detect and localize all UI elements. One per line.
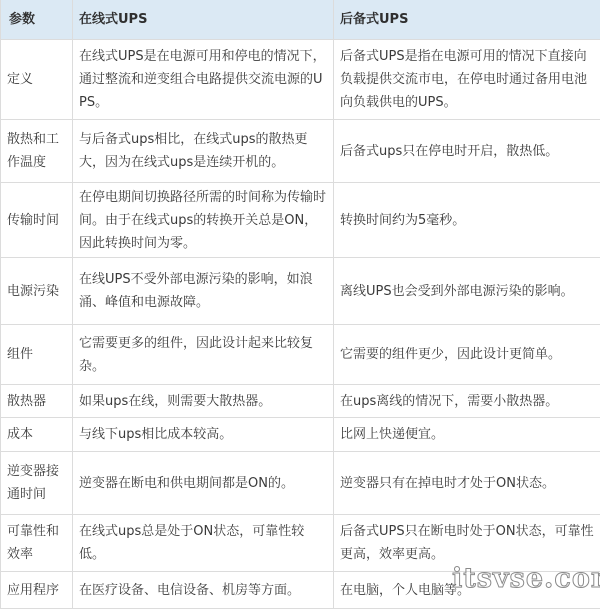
table-row: 成本 与线下ups相比成本较高。 比网上快递便宜。: [1, 418, 600, 452]
row-online-cell: 与后备式ups相比，在线式ups的散热更大，因为在线式ups是连续开机的。: [73, 120, 334, 183]
row-param: 逆变器接通时间: [1, 452, 73, 515]
table-row: 传输时间 在停电期间切换路径所需的时间称为传输时间。由于在线式ups的转换开关总…: [1, 183, 600, 258]
row-offline-cell: 比网上快递便宜。: [334, 418, 600, 452]
row-online-cell: 如果ups在线，则需要大散热器。: [73, 385, 334, 418]
row-online-cell: 在线式ups总是处于ON状态，可靠性较低。: [73, 515, 334, 572]
table-row: 可靠性和效率 在线式ups总是处于ON状态，可靠性较低。 后备式UPS只在断电时…: [1, 515, 600, 572]
ups-comparison-table: 参数 在线式UPS 后备式UPS 定义 在线式UPS是在电源可用和停电的情况下，…: [0, 0, 600, 609]
table-row: 逆变器接通时间 逆变器在断电和供电期间都是ON的。 逆变器只有在掉电时才处于ON…: [1, 452, 600, 515]
header-param: 参数: [1, 0, 73, 40]
row-online-cell: 与线下ups相比成本较高。: [73, 418, 334, 452]
row-offline-cell: 离线UPS也会受到外部电源污染的影响。: [334, 258, 600, 325]
row-online-cell: 在线UPS不受外部电源污染的影响，如浪涌、峰值和电源故障。: [73, 258, 334, 325]
table-header-row: 参数 在线式UPS 后备式UPS: [1, 0, 600, 40]
row-offline-cell: 在ups离线的情况下，需要小散热器。: [334, 385, 600, 418]
row-param: 成本: [1, 418, 73, 452]
table-row: 电源污染 在线UPS不受外部电源污染的影响，如浪涌、峰值和电源故障。 离线UPS…: [1, 258, 600, 325]
row-online-cell: 它需要更多的组件，因此设计起来比较复杂。: [73, 325, 334, 385]
table-row: 应用程序 在医疗设备、电信设备、机房等方面。 在电脑，个人电脑等。: [1, 572, 600, 609]
row-online-cell: 在医疗设备、电信设备、机房等方面。: [73, 572, 334, 609]
row-param: 应用程序: [1, 572, 73, 609]
row-param: 可靠性和效率: [1, 515, 73, 572]
row-param: 电源污染: [1, 258, 73, 325]
row-param: 散热和工作温度: [1, 120, 73, 183]
row-param: 定义: [1, 40, 73, 120]
row-offline-cell: 转换时间约为5毫秒。: [334, 183, 600, 258]
row-param: 散热器: [1, 385, 73, 418]
row-offline-cell: 在电脑，个人电脑等。: [334, 572, 600, 609]
row-offline-cell: 后备式ups只在停电时开启，散热低。: [334, 120, 600, 183]
row-offline-cell: 后备式UPS是指在电源可用的情况下直接向负载提供交流市电，在停电时通过备用电池向…: [334, 40, 600, 120]
row-online-cell: 逆变器在断电和供电期间都是ON的。: [73, 452, 334, 515]
row-param: 传输时间: [1, 183, 73, 258]
row-online-cell: 在线式UPS是在电源可用和停电的情况下，通过整流和逆变组合电路提供交流电源的UP…: [73, 40, 334, 120]
table-row: 散热器 如果ups在线，则需要大散热器。 在ups离线的情况下，需要小散热器。: [1, 385, 600, 418]
row-param: 组件: [1, 325, 73, 385]
table-row: 散热和工作温度 与后备式ups相比，在线式ups的散热更大，因为在线式ups是连…: [1, 120, 600, 183]
header-online-ups: 在线式UPS: [73, 0, 334, 40]
row-online-cell: 在停电期间切换路径所需的时间称为传输时间。由于在线式ups的转换开关总是ON，因…: [73, 183, 334, 258]
row-offline-cell: 后备式UPS只在断电时处于ON状态，可靠性更高，效率更高。: [334, 515, 600, 572]
row-offline-cell: 逆变器只有在掉电时才处于ON状态。: [334, 452, 600, 515]
header-offline-ups: 后备式UPS: [334, 0, 600, 40]
table-row: 定义 在线式UPS是在电源可用和停电的情况下，通过整流和逆变组合电路提供交流电源…: [1, 40, 600, 120]
table-row: 组件 它需要更多的组件，因此设计起来比较复杂。 它需要的组件更少，因此设计更简单…: [1, 325, 600, 385]
row-offline-cell: 它需要的组件更少，因此设计更简单。: [334, 325, 600, 385]
